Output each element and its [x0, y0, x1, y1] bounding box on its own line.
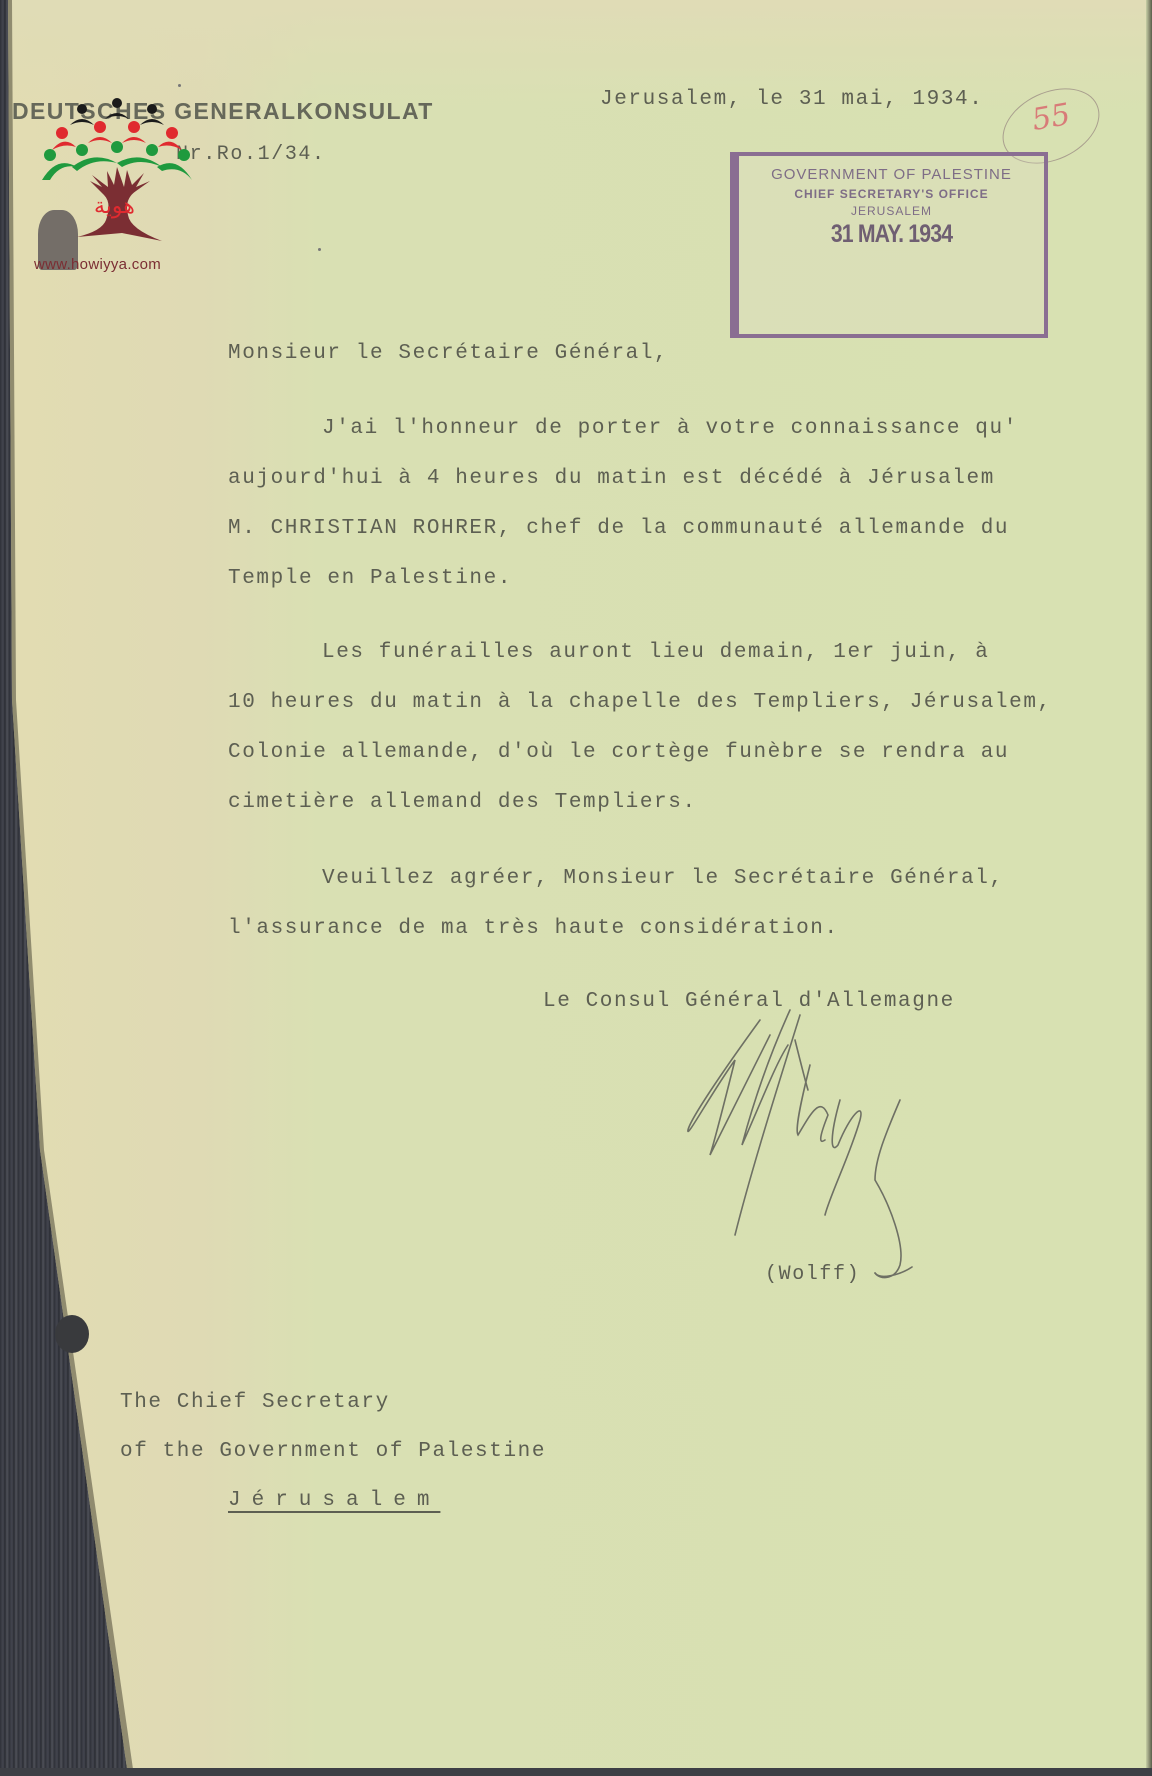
salutation: Monsieur le Secrétaire Général, [228, 342, 668, 365]
signatory-name: (Wolff) [765, 1263, 860, 1286]
punch-hole [55, 1315, 89, 1353]
watermark-url: www.howiyya.com [34, 256, 161, 273]
paragraph-line: Temple en Palestine. [228, 554, 1148, 604]
handwritten-signature [680, 1005, 960, 1295]
paragraph-line: J'ai l'honneur de porter à votre connais… [228, 404, 1148, 454]
stamp-line-government: GOVERNMENT OF PALESTINE [739, 166, 1044, 183]
bottom-page-edge [0, 1768, 1152, 1776]
arabic-wordmark: هوية [94, 194, 135, 219]
received-stamp: GOVERNMENT OF PALESTINE CHIEF SECRETARY'… [730, 152, 1048, 338]
paragraph-line: Les funérailles auront lieu demain, 1er … [228, 628, 1148, 678]
paragraph-line: 10 heures du matin à la chapelle des Tem… [228, 678, 1148, 728]
recipient-address: The Chief Secretary of the Government of… [120, 1378, 546, 1525]
paragraph-line: l'assurance de ma très haute considérati… [228, 904, 1148, 954]
recipient-organization: of the Government of Palestine [120, 1427, 546, 1476]
folio-number: 55 [1029, 97, 1073, 138]
paragraph-funeral: Les funérailles auront lieu demain, 1er … [228, 628, 1148, 828]
recipient-city: Jérusalem [120, 1476, 546, 1525]
howiyya-tree-logo: هوية [32, 95, 202, 245]
paragraph-line: M. CHRISTIAN ROHRER, chef de la communau… [228, 504, 1148, 554]
paragraph-line: aujourd'hui à 4 heures du matin est décé… [228, 454, 1148, 504]
stamp-date: 31 MAY. 1934 [762, 220, 1021, 249]
paragraph-closing: Veuillez agréer, Monsieur le Secrétaire … [228, 854, 1148, 954]
paper-speck [318, 248, 321, 251]
recipient-title: The Chief Secretary [120, 1378, 546, 1427]
paper-speck [178, 84, 181, 87]
paragraph-line: Veuillez agréer, Monsieur le Secrétaire … [228, 854, 1148, 904]
paragraph-line: cimetière allemand des Templiers. [228, 778, 1148, 828]
stamp-line-office: CHIEF SECRETARY'S OFFICE [739, 187, 1044, 201]
stamp-line-city: JERUSALEM [739, 204, 1044, 218]
place-date: Jerusalem, le 31 mai, 1934. [600, 88, 983, 111]
paragraph-announcement: J'ai l'honneur de porter à votre connais… [228, 404, 1148, 604]
people-icon [70, 98, 164, 125]
paragraph-line: Colonie allemande, d'où le cortège funèb… [228, 728, 1148, 778]
